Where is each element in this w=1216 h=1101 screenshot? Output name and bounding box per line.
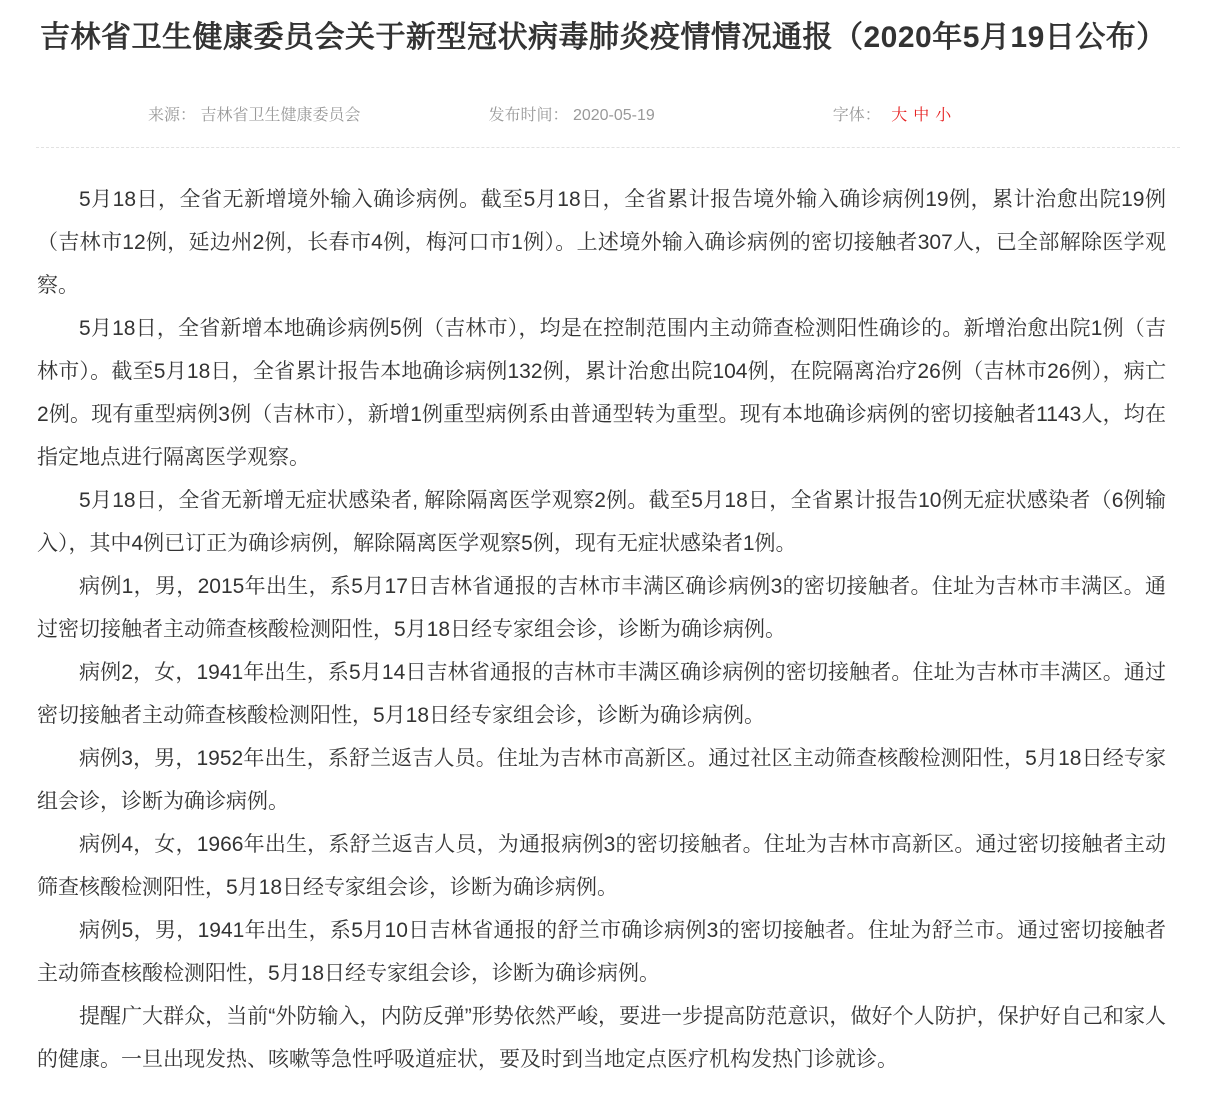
source-label: 来源： [148,107,196,124]
article-body: 5月18日，全省无新增境外输入确诊病例。截至5月18日，全省累计报告境外输入确诊… [0,148,1216,1101]
page-title: 吉林省卫生健康委员会关于新型冠状病毒肺炎疫情情况通报（2020年5月19日公布） [0,0,1216,58]
article-paragraph: 5月18日，全省新增本地确诊病例5例（吉林市），均是在控制范围内主动筛查检测阳性… [37,307,1166,479]
article-paragraph: 提醒广大群众，当前“外防输入，内防反弹”形势依然严峻，要进一步提高防范意识，做好… [37,995,1166,1081]
meta-source: 来源： 吉林省卫生健康委员会 [148,102,360,125]
meta-font-size: 字体： 大中小 [833,102,952,125]
font-size-switcher: 大中小 [885,102,951,125]
article-paragraph: 病例5，男，1941年出生，系5月10日吉林省通报的舒兰市确诊病例3的密切接触者… [37,909,1166,995]
article-paragraph: 病例3，男，1952年出生，系舒兰返吉人员。住址为吉林市高新区。通过社区主动筛查… [37,737,1166,823]
meta-bar: 来源： 吉林省卫生健康委员会 发布时间： 2020-05-19 字体： 大中小 [0,102,1216,125]
meta-publish-time: 发布时间： 2020-05-19 [488,102,654,125]
article-paragraph: 5月18日，全省无新增境外输入确诊病例。截至5月18日，全省累计报告境外输入确诊… [37,178,1166,307]
publish-time-label: 发布时间： [488,107,568,124]
font-size-small-button[interactable]: 小 [935,107,951,124]
source-value: 吉林省卫生健康委员会 [200,107,360,124]
publish-time-value: 2020-05-19 [573,107,655,124]
font-size-large-button[interactable]: 大 [891,107,907,124]
page: 吉林省卫生健康委员会关于新型冠状病毒肺炎疫情情况通报（2020年5月19日公布）… [0,0,1216,1101]
article-paragraph: 病例1，男，2015年出生，系5月17日吉林省通报的吉林市丰满区确诊病例3的密切… [37,565,1166,651]
font-size-medium-button[interactable]: 中 [913,107,929,124]
font-size-label: 字体： [833,107,881,124]
article-paragraph: 5月18日，全省无新增无症状感染者, 解除隔离医学观察2例。截至5月18日，全省… [37,479,1166,565]
article-paragraph: 病例4，女，1966年出生，系舒兰返吉人员，为通报病例3的密切接触者。住址为吉林… [37,823,1166,909]
article-paragraph: 病例2，女，1941年出生，系5月14日吉林省通报的吉林市丰满区确诊病例的密切接… [37,651,1166,737]
